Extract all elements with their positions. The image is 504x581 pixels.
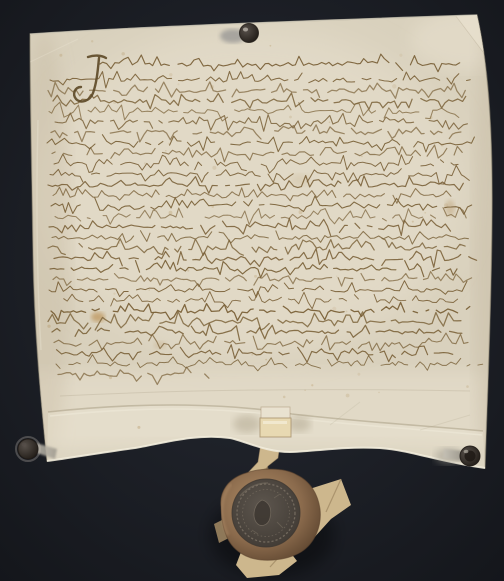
top-pin-glint — [243, 28, 248, 32]
age-spot — [357, 373, 360, 376]
bottom-left-pin-cap — [18, 439, 38, 459]
age-spot — [187, 269, 189, 271]
age-spot — [148, 289, 150, 291]
parchment — [18, 10, 504, 482]
age-spot — [329, 121, 331, 123]
age-spot — [270, 45, 272, 47]
top-pin-cap — [240, 24, 259, 43]
age-spot — [169, 73, 172, 76]
wax-seal — [221, 469, 321, 560]
age-spot — [399, 54, 402, 57]
tab-square — [260, 418, 291, 437]
age-spot — [169, 211, 173, 215]
bottom-left-pin-glint — [21, 443, 26, 447]
age-spot — [137, 426, 140, 429]
age-spot — [91, 40, 93, 42]
charter-photo — [0, 0, 504, 581]
age-spot — [121, 52, 124, 55]
age-spot — [283, 396, 286, 399]
age-spot — [361, 155, 363, 157]
age-spot — [378, 392, 380, 394]
age-spot — [466, 385, 469, 388]
charter-photo-canvas — [0, 0, 504, 581]
age-spot — [424, 212, 426, 214]
tab-highlight — [263, 421, 287, 424]
age-spot — [392, 84, 396, 88]
age-spot — [109, 376, 112, 379]
age-spot — [177, 83, 179, 85]
age-spot — [254, 275, 257, 278]
age-spot — [332, 307, 336, 311]
age-spot — [289, 116, 292, 119]
age-spot — [265, 359, 267, 361]
age-spot — [346, 310, 348, 312]
age-spot — [47, 325, 50, 328]
age-spot — [251, 353, 253, 355]
age-spot — [59, 54, 62, 57]
shading-center-light — [35, 25, 465, 355]
age-spot — [113, 292, 115, 294]
age-spot — [212, 166, 216, 170]
age-spot — [412, 221, 414, 223]
age-spot — [346, 394, 350, 398]
age-spot — [311, 384, 313, 386]
age-spot — [165, 150, 166, 151]
age-spot — [336, 276, 337, 277]
age-spot — [304, 390, 305, 391]
tab-shadow-left — [233, 415, 261, 433]
stain-right — [445, 200, 455, 216]
bottom-right-pin-glint — [464, 450, 469, 454]
